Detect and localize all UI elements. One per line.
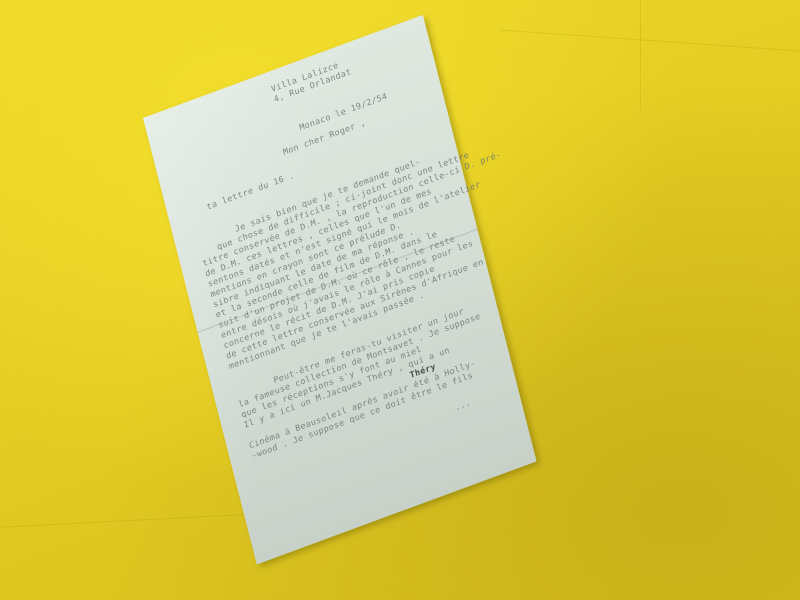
typed-text: Villa Lalizce 4, Rue Orlandat Monaco le … (143, 15, 537, 565)
background-crease (500, 30, 799, 52)
letter-paper: Villa Lalizce 4, Rue Orlandat Monaco le … (143, 15, 537, 565)
background-crease (640, 0, 641, 110)
closing-ellipsis: ... (454, 398, 472, 414)
background-crease (0, 513, 260, 528)
